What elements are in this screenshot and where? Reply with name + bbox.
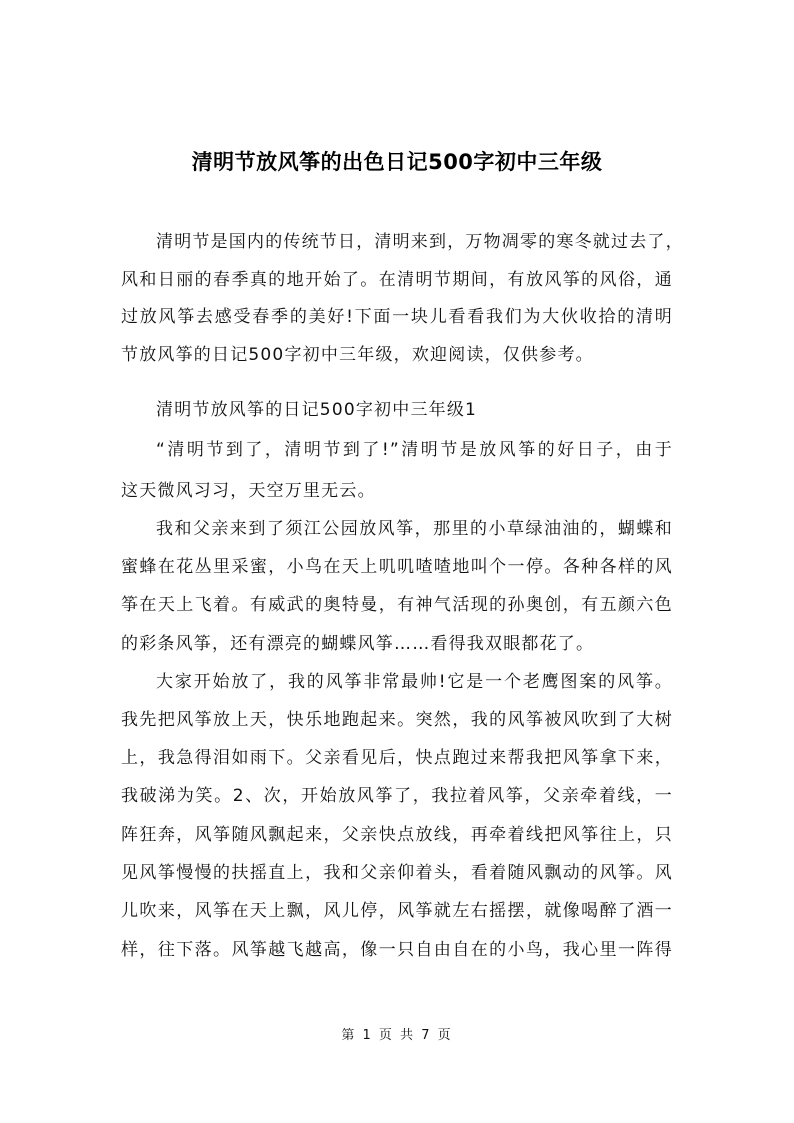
text-line: “清明节到了，清明节到了!”清明节是放风筝的好日子，由于 (156, 439, 673, 461)
page-footer: 第 1 页 共 7 页 (0, 1024, 794, 1043)
text-line: 这天微风习习，天空万里无云。 (121, 480, 673, 502)
text-line: 我破涕为笑。2、次，开始放风筝了，我拉着风筝，父亲牵着线，一 (121, 785, 673, 807)
text-line: 筝在天上飞着。有威武的奥特曼，有神气活现的孙奥创，有五颜六色 (121, 594, 673, 616)
document-title: 清明节放风筝的出色日记500字初中三年级 (0, 146, 794, 176)
text-line: 节放风筝的日记500字初中三年级，欢迎阅读，仅供参考。 (121, 344, 673, 366)
text-line: 见风筝慢慢的扶摇直上，我和父亲仰着头，看着随风飘动的风筝。风 (121, 862, 673, 884)
text-line: 上，我急得泪如雨下。父亲看见后，快点跑过来帮我把风筝拿下来， (121, 747, 673, 769)
text-line: 阵狂奔，风筝随风飘起来，父亲快点放线，再牵着线把风筝往上，只 (121, 824, 673, 846)
text-line: 儿吹来，风筝在天上飘，风儿停，风筝就左右摇摆，就像喝醉了酒一 (121, 900, 673, 922)
text-line: 的彩条风筝，还有漂亮的蝴蝶风筝……看得我双眼都花了。 (121, 633, 673, 655)
text-line: 风和日丽的春季真的地开始了。在清明节期间，有放风筝的风俗，通 (121, 269, 673, 291)
text-line: 清明节是国内的传统节日，清明来到，万物凋零的寒冬就过去了， (156, 231, 673, 253)
document-page: 清明节放风筝的出色日记500字初中三年级 清明节是国内的传统节日，清明来到，万物… (0, 0, 794, 1123)
text-line: 蜜蜂在花丛里采蜜，小鸟在天上叽叽喳喳地叫个一停。各种各样的风 (121, 556, 673, 578)
text-line: 清明节放风筝的日记500字初中三年级1 (156, 399, 673, 421)
text-line: 大家开始放了，我的风筝非常最帅!它是一个老鹰图案的风筝。 (156, 671, 673, 693)
text-line: 样，往下落。风筝越飞越高，像一只自由自在的小鸟，我心里一阵得 (121, 939, 673, 961)
text-line: 我和父亲来到了须江公园放风筝，那里的小草绿油油的，蝴蝶和 (156, 518, 673, 540)
text-line: 我先把风筝放上天，快乐地跑起来。突然，我的风筝被风吹到了大树 (121, 709, 673, 731)
text-line: 过放风筝去感受春季的美好!下面一块儿看看我们为大伙收拾的清明 (121, 306, 673, 328)
